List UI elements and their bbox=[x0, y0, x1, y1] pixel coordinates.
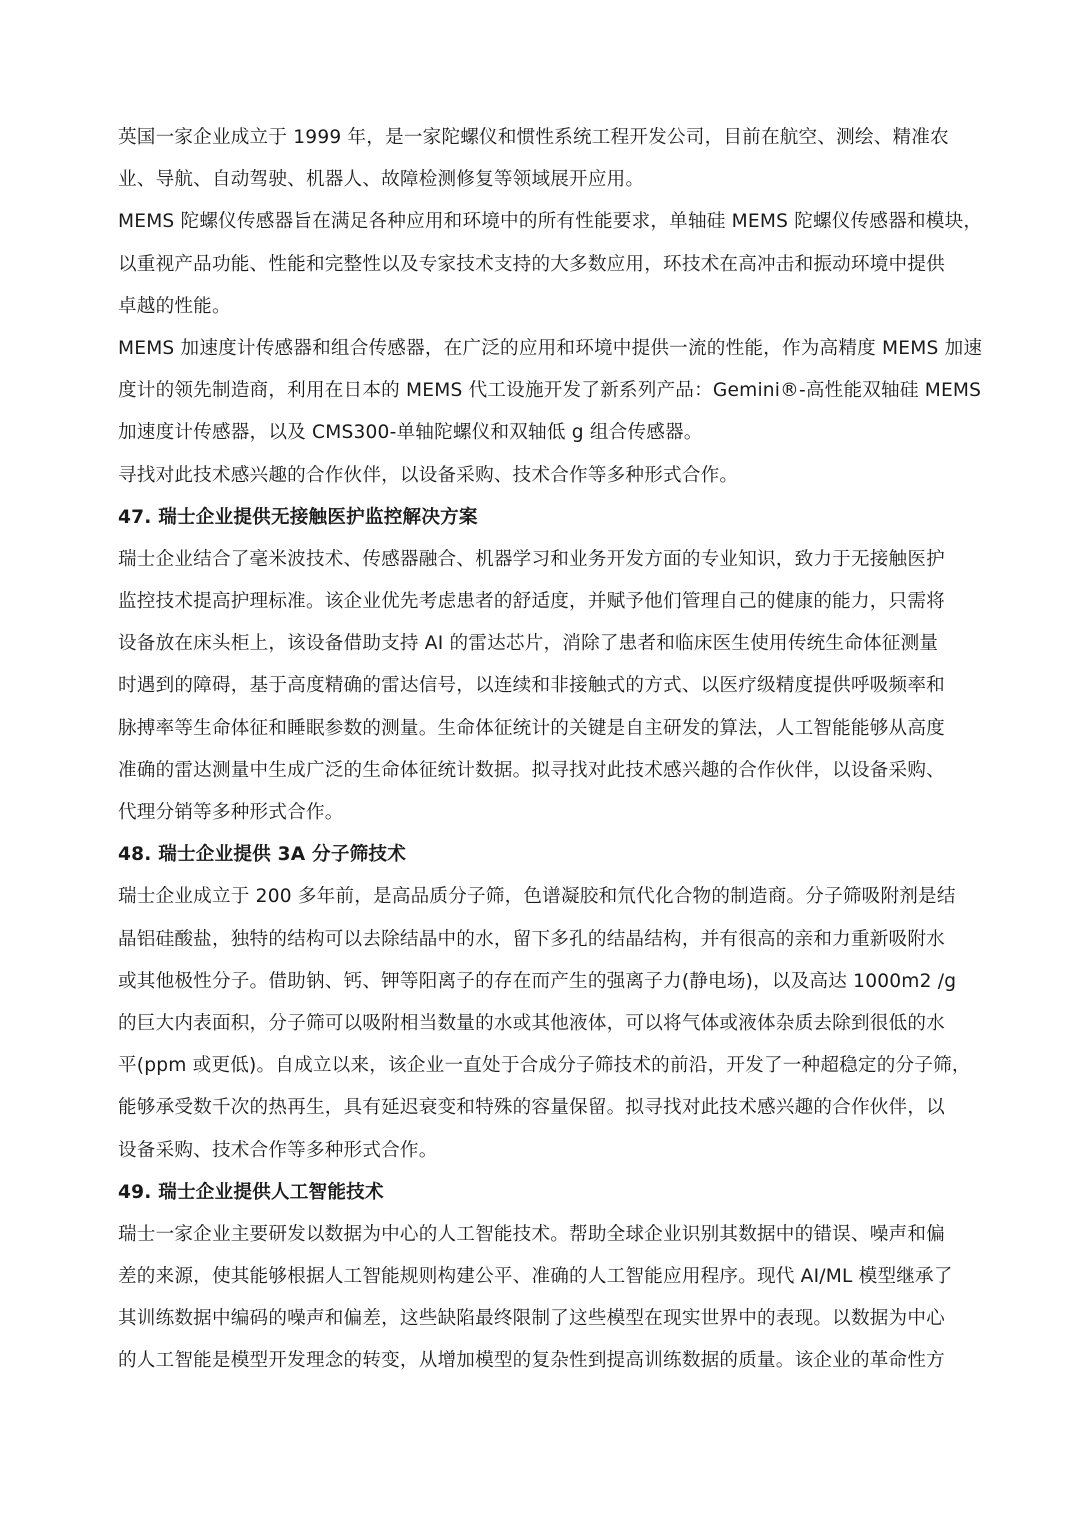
text-line: 英国一家企业成立于 1999 年，是一家陀螺仪和惯性系统工程开发公司，目前在航空… bbox=[118, 117, 993, 159]
text-line: 瑞士企业成立于 200 多年前，是高品质分子筛，色谱凝胶和氘代化合物的制造商。分… bbox=[118, 876, 993, 918]
text-line: 平(ppm 或更低)。自成立以来，该企业一直处于合成分子筛技术的前沿，开发了一种… bbox=[118, 1045, 993, 1087]
text-line: 加速度计传感器，以及 CMS300-单轴陀螺仪和双轴低 g 组合传感器。 bbox=[118, 412, 993, 454]
text-line: 准确的雷达测量中生成广泛的生命体征统计数据。拟寻找对此技术感兴趣的合作伙伴，以设… bbox=[118, 750, 993, 792]
text-line: 或其他极性分子。借助钠、钙、钾等阳离子的存在而产生的强离子力(静电场)，以及高达… bbox=[118, 961, 993, 1003]
text-line: 脉搏率等生命体征和睡眠参数的测量。生命体征统计的关键是自主研发的算法，人工智能能… bbox=[118, 708, 993, 750]
text-line: 业、导航、自动驾驶、机器人、故障检测修复等领域展开应用。 bbox=[118, 159, 993, 201]
text-line: 度计的领先制造商，利用在日本的 MEMS 代工设施开发了新系列产品：Gemini… bbox=[118, 370, 993, 412]
text-line: 瑞士企业结合了毫米波技术、传感器融合、机器学习和业务开发方面的专业知识，致力于无… bbox=[118, 539, 993, 581]
document-page: 英国一家企业成立于 1999 年，是一家陀螺仪和惯性系统工程开发公司，目前在航空… bbox=[118, 117, 993, 1383]
text-line: MEMS 陀螺仪传感器旨在满足各种应用和环境中的所有性能要求，单轴硅 MEMS … bbox=[118, 201, 993, 243]
text-line: 的巨大内表面积，分子筛可以吸附相当数量的水或其他液体，可以将气体或液体杂质去除到… bbox=[118, 1003, 993, 1045]
text-line: 设备放在床头柜上，该设备借助支持 AI 的雷达芯片，消除了患者和临床医生使用传统… bbox=[118, 623, 993, 665]
text-line: 瑞士一家企业主要研发以数据为中心的人工智能技术。帮助全球企业识别其数据中的错误、… bbox=[118, 1214, 993, 1256]
text-line: 以重视产品功能、性能和完整性以及专家技术支持的大多数应用，环技术在高冲击和振动环… bbox=[118, 244, 993, 286]
text-line: 晶铝硅酸盐，独特的结构可以去除结晶中的水，留下多孔的结晶结构，并有很高的亲和力重… bbox=[118, 919, 993, 961]
text-line: 卓越的性能。 bbox=[118, 286, 993, 328]
text-line: 监控技术提高护理标准。该企业优先考虑患者的舒适度，并赋予他们管理自己的健康的能力… bbox=[118, 581, 993, 623]
text-line: 其训练数据中编码的噪声和偏差，这些缺陷最终限制了这些模型在现实世界中的表现。以数… bbox=[118, 1298, 993, 1340]
section-heading-49: 49. 瑞士企业提供人工智能技术 bbox=[118, 1172, 993, 1214]
text-line: 差的来源，使其能够根据人工智能规则构建公平、准确的人工智能应用程序。现代 AI/… bbox=[118, 1256, 993, 1298]
text-line: 代理分销等多种形式合作。 bbox=[118, 792, 993, 834]
text-line: 能够承受数千次的热再生，具有延迟衰变和特殊的容量保留。拟寻找对此技术感兴趣的合作… bbox=[118, 1087, 993, 1129]
text-line: 寻找对此技术感兴趣的合作伙伴，以设备采购、技术合作等多种形式合作。 bbox=[118, 455, 993, 497]
text-line: 设备采购、技术合作等多种形式合作。 bbox=[118, 1130, 993, 1172]
section-heading-47: 47. 瑞士企业提供无接触医护监控解决方案 bbox=[118, 497, 993, 539]
text-line: 的人工智能是模型开发理念的转变，从增加模型的复杂性到提高训练数据的质量。该企业的… bbox=[118, 1340, 993, 1382]
text-line: MEMS 加速度计传感器和组合传感器，在广泛的应用和环境中提供一流的性能，作为高… bbox=[118, 328, 993, 370]
text-line: 时遇到的障碍，基于高度精确的雷达信号，以连续和非接触式的方式、以医疗级精度提供呼… bbox=[118, 665, 993, 707]
section-heading-48: 48. 瑞士企业提供 3A 分子筛技术 bbox=[118, 834, 993, 876]
